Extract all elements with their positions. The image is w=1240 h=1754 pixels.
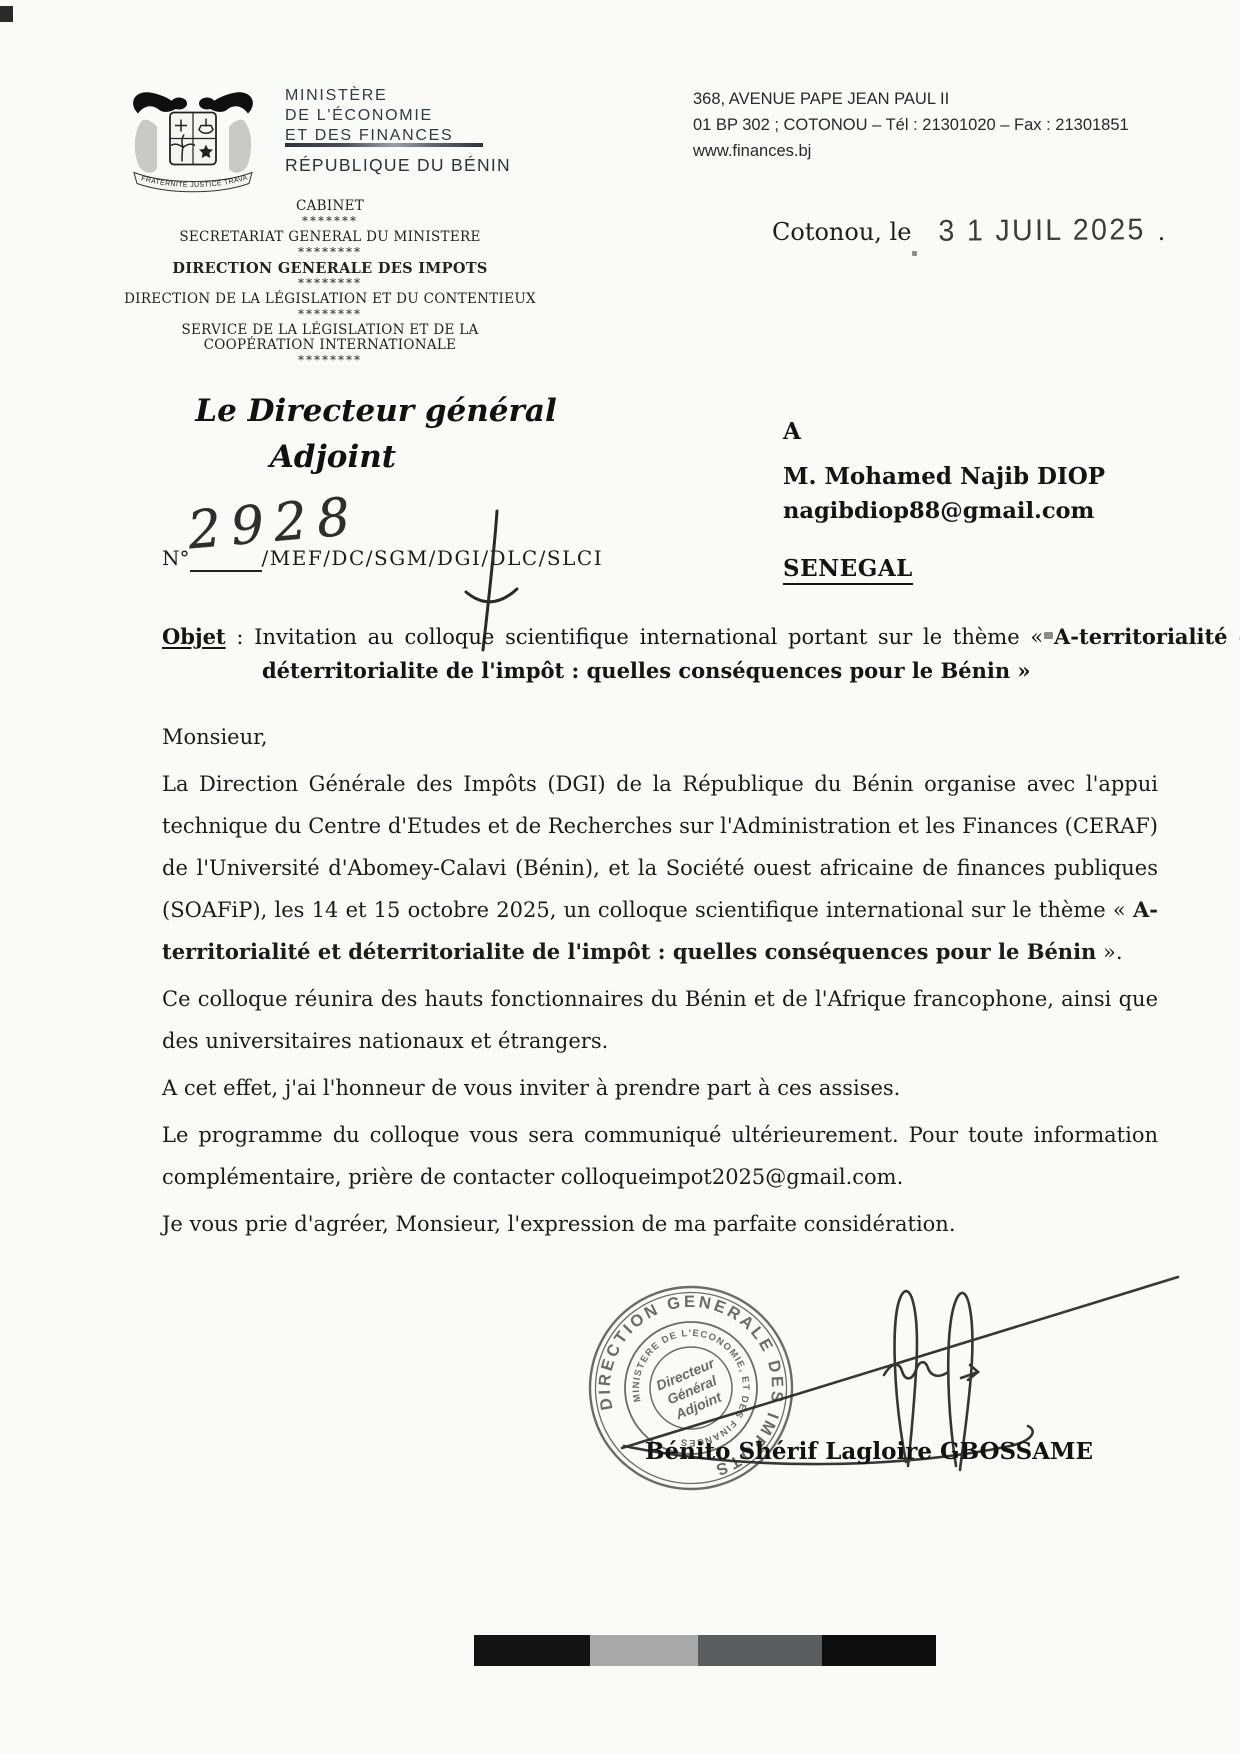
hierarchy-item-dgi: DIRECTION GENERALE DES IMPOTS xyxy=(120,261,540,276)
paragraph-1-tail: ». xyxy=(1096,940,1122,964)
signatory-name: Bénito Shérif Lagloire GBOSSAME xyxy=(645,1438,1093,1465)
recipient-email: nagibdiop88@gmail.com xyxy=(783,498,1105,524)
sender-title-line2: Adjoint xyxy=(158,438,594,476)
address-line: 01 BP 302 ; COTONOU – Tél : 21301020 – F… xyxy=(693,112,1129,138)
paragraph-1: La Direction Générale des Impôts (DGI) d… xyxy=(162,763,1158,973)
hierarchy-item: SERVICE DE LA LÉGISLATION ET DE LA COOPÉ… xyxy=(146,323,514,353)
scan-speck xyxy=(1044,632,1053,639)
hierarchy-item: CABINET xyxy=(120,199,540,214)
scan-speck xyxy=(912,251,917,256)
subject-line: Objet : Invitation au colloque scientifi… xyxy=(162,620,1240,688)
reference-path: /MEF/DC/SGM/DGI/DLC/SLCI xyxy=(262,546,604,570)
address-line: 368, AVENUE PAPE JEAN PAUL II xyxy=(693,86,1129,112)
stars-separator: ******** xyxy=(120,309,540,320)
admin-hierarchy: CABINET ******* SECRETARIAT GENERAL DU M… xyxy=(120,199,540,369)
benin-coat-of-arms: FRATERNITÉ JUSTICE TRAVAIL xyxy=(126,85,260,193)
hierarchy-item: SECRETARIAT GENERAL DU MINISTERE xyxy=(120,230,540,245)
salutation: Monsieur, xyxy=(162,716,1158,758)
bar-segment xyxy=(590,1635,698,1666)
reference-prefix: N° xyxy=(162,546,190,570)
republic-title: RÉPUBLIQUE DU BÉNIN xyxy=(285,155,511,176)
ministry-line: MINISTÈRE xyxy=(285,86,453,106)
recipient-to-label: A xyxy=(783,418,1105,445)
subject-label: Objet xyxy=(162,624,226,649)
scan-speck xyxy=(0,6,13,22)
sender-title-line1: Le Directeur général xyxy=(158,392,594,430)
paragraph-3: A cet effet, j'ai l'honneur de vous invi… xyxy=(162,1067,1158,1109)
stars-separator: ******** xyxy=(120,355,540,366)
scanned-letter-page: FRATERNITÉ JUSTICE TRAVAIL MINISTÈRE DE … xyxy=(0,0,1240,1754)
date-suffix: . xyxy=(1158,218,1166,246)
stars-separator: ******** xyxy=(120,278,540,289)
date-stamp: 3 1 JUIL 2025 xyxy=(939,213,1146,249)
bar-segment xyxy=(474,1635,590,1666)
paragraph-1-lead: La Direction Générale des Impôts (DGI) d… xyxy=(162,772,1158,922)
ministry-title: MINISTÈRE DE L'ÉCONOMIE ET DES FINANCES xyxy=(285,86,453,146)
stars-separator: ******** xyxy=(120,247,540,258)
bar-segment xyxy=(698,1635,822,1666)
sender-title: Le Directeur général Adjoint xyxy=(158,392,594,476)
recipient-country: SENEGAL xyxy=(783,555,913,585)
header-rule xyxy=(285,143,483,147)
recipient-name: M. Mohamed Najib DIOP xyxy=(783,463,1105,490)
paragraph-2: Ce colloque réunira des hauts fonctionna… xyxy=(162,978,1158,1062)
hierarchy-item: DIRECTION DE LA LÉGISLATION ET DU CONTEN… xyxy=(120,292,540,307)
ministry-line: DE L'ÉCONOMIE xyxy=(285,106,453,126)
dateline: Cotonou, le3 1 JUIL 2025. xyxy=(772,214,1165,248)
stars-separator: ******* xyxy=(120,216,540,227)
recipient-block: A M. Mohamed Najib DIOP nagibdiop88@gmai… xyxy=(783,418,1105,585)
horns-icon xyxy=(133,92,253,113)
date-place: Cotonou, le xyxy=(772,218,911,246)
bar-segment xyxy=(822,1635,936,1666)
website-url: www.finances.bj xyxy=(693,138,1129,164)
scanner-artifact-bar xyxy=(474,1635,936,1666)
ministry-address: 368, AVENUE PAPE JEAN PAUL II 01 BP 302 … xyxy=(693,86,1129,164)
subject-lead: : Invitation au colloque scientifique in… xyxy=(226,625,1054,649)
reference-blank xyxy=(190,546,262,572)
